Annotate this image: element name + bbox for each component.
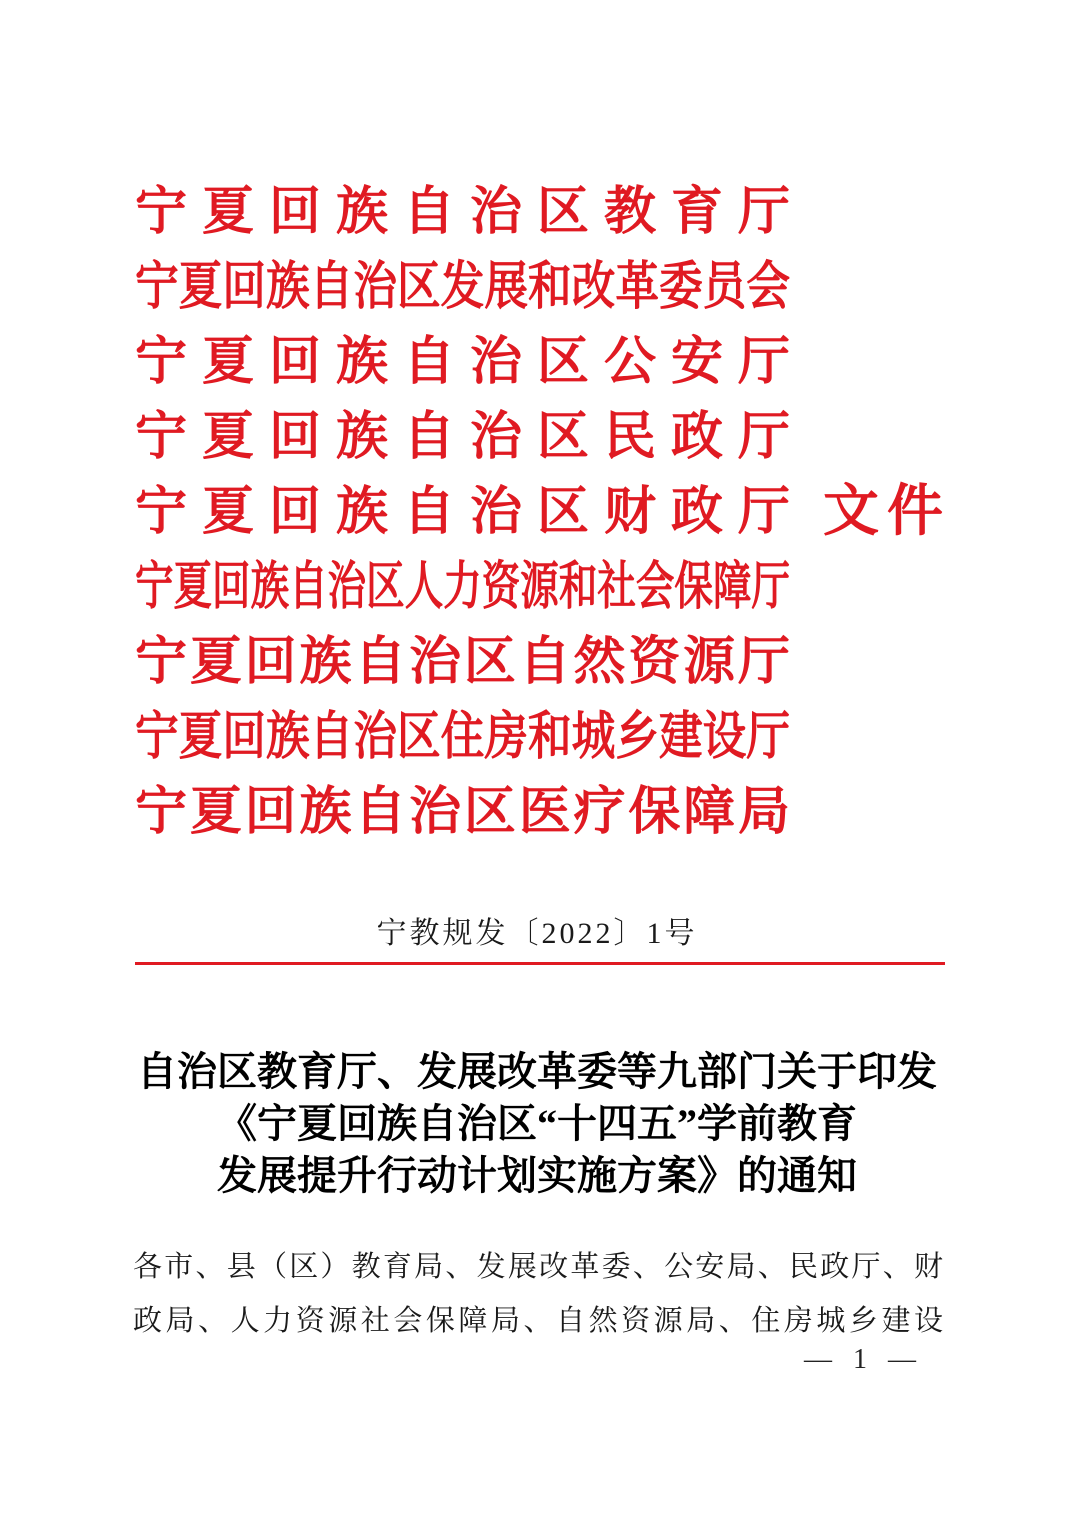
department-name-public-security: 宁夏回族自治区公安厅 (135, 325, 790, 400)
red-divider-line (135, 962, 945, 965)
department-name-medical-security: 宁夏回族自治区医疗保障局 (135, 775, 790, 850)
department-name-finance: 宁夏回族自治区财政厅 (135, 475, 790, 550)
department-list: 宁夏回族自治区教育厅 宁夏回族自治区发展和改革委员会 宁夏回族自治区公安厅 宁夏… (135, 175, 790, 850)
department-name-development-reform: 宁夏回族自治区发展和改革委员会 (135, 250, 790, 325)
body-paragraph: 各市、县（区）教育局、发展改革委、公安局、民政厅、财 政局、人力资源社会保障局、… (133, 1240, 943, 1348)
reference-number: 宁教规发〔2022〕1号 (132, 908, 942, 952)
body-line-2: 政局、人力资源社会保障局、自然资源局、住房城乡建设 (133, 1294, 943, 1348)
title-line-1: 自治区教育厅、发展改革委等九部门关于印发 (132, 1046, 942, 1098)
title-line-2: 《宁夏回族自治区“十四五”学前教育 (132, 1098, 942, 1150)
department-name-housing-construction: 宁夏回族自治区住房和城乡建设厅 (135, 700, 790, 775)
department-name-civil-affairs: 宁夏回族自治区民政厅 (135, 400, 790, 475)
document-title: 自治区教育厅、发展改革委等九部门关于印发 《宁夏回族自治区“十四五”学前教育 发… (132, 1046, 942, 1202)
red-letterhead-block: 宁夏回族自治区教育厅 宁夏回族自治区发展和改革委员会 宁夏回族自治区公安厅 宁夏… (135, 175, 947, 850)
department-name-natural-resources: 宁夏回族自治区自然资源厅 (135, 625, 790, 700)
department-name-human-resources: 宁夏回族自治区人力资源和社会保障厅 (135, 550, 790, 625)
title-line-3: 发展提升行动计划实施方案》的通知 (132, 1150, 942, 1202)
document-page: 宁夏回族自治区教育厅 宁夏回族自治区发展和改革委员会 宁夏回族自治区公安厅 宁夏… (0, 0, 1074, 1520)
department-name-education: 宁夏回族自治区教育厅 (135, 175, 790, 250)
page-number: — 1 — (804, 1344, 916, 1376)
body-line-1: 各市、县（区）教育局、发展改革委、公安局、民政厅、财 (133, 1240, 943, 1294)
document-marker-label: 文件 (823, 475, 951, 550)
